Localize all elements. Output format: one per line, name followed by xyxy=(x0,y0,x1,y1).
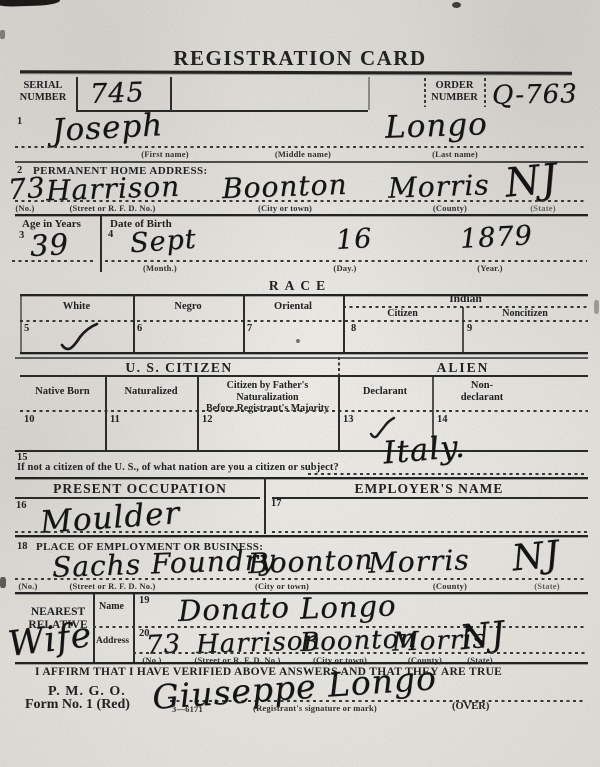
city-label: (City or town) xyxy=(245,203,325,213)
first-name-label: (First name) xyxy=(115,149,215,159)
age-value: 39 xyxy=(29,227,70,263)
signature-label: (Registrant's signature or mark) xyxy=(240,703,390,713)
serial-number-value: 745 xyxy=(89,77,145,110)
divider xyxy=(338,375,340,450)
employers-name-heading: EMPLOYER'S NAME xyxy=(270,481,588,497)
middle-name-label: (Middle name) xyxy=(248,149,358,159)
scan-artifact xyxy=(452,2,461,8)
non-declarant-label: Non- declarant xyxy=(432,380,532,404)
order-number-value: Q-763 xyxy=(492,79,578,110)
divider xyxy=(15,357,588,359)
divider xyxy=(12,260,95,262)
employment-county-label: (County) xyxy=(415,581,485,591)
divider xyxy=(368,77,370,110)
race-indian-label: Indian xyxy=(343,293,588,305)
day-label: (Day.) xyxy=(315,263,375,273)
dob-year: 1879 xyxy=(459,220,533,255)
divider xyxy=(105,260,587,262)
divider xyxy=(197,375,199,450)
scan-artifact xyxy=(0,0,60,7)
race-white-number: 5 xyxy=(24,323,29,334)
card-title: REGISTRATION CARD xyxy=(0,46,600,71)
race-indian-noncitizen-label: Noncitizen xyxy=(462,308,588,319)
employer-number: 17 xyxy=(271,498,282,509)
divider xyxy=(272,531,588,533)
divider xyxy=(15,662,588,664)
nation-answer-handwritten: Italy. xyxy=(382,428,467,471)
scan-artifact xyxy=(296,339,300,343)
relative-name-last-handwritten: Longo xyxy=(299,588,397,625)
race-white-label: White xyxy=(20,301,133,312)
race-indian-citizen-label: Citizen xyxy=(343,308,462,319)
divider xyxy=(20,70,572,74)
employment-no-label: (No.) xyxy=(8,581,48,591)
divider xyxy=(15,578,587,580)
relative-relation-handwritten: Wife xyxy=(6,615,94,665)
home-address-state: NJ xyxy=(503,155,561,206)
first-name-handwritten: Joseph xyxy=(51,107,164,149)
occupation-value-handwritten: Moulder xyxy=(39,495,181,541)
county-label: (County) xyxy=(415,203,485,213)
divider xyxy=(15,535,588,537)
naturalized-number: 11 xyxy=(110,414,120,425)
divider xyxy=(15,450,588,452)
divider xyxy=(100,216,102,272)
state-label: (State) xyxy=(518,203,568,213)
naturalized-label: Naturalized xyxy=(105,386,197,397)
divider xyxy=(462,307,464,354)
divider xyxy=(308,473,586,475)
relative-name-number: 19 xyxy=(139,595,150,606)
father-naturalization-number: 12 xyxy=(202,414,213,425)
native-born-number: 10 xyxy=(24,414,35,425)
white-race-checkmark-icon xyxy=(55,320,107,354)
dob-day: 16 xyxy=(335,223,373,256)
employment-state-handwritten: NJ xyxy=(510,534,562,580)
scan-artifact xyxy=(0,577,6,588)
present-occupation-heading: PRESENT OCCUPATION xyxy=(15,481,265,497)
dob-number: 4 xyxy=(108,229,113,240)
divider xyxy=(76,77,78,110)
line1-number: 1 xyxy=(17,116,22,127)
relative-name-label: Name xyxy=(99,601,124,612)
divider xyxy=(15,477,588,479)
employment-county-handwritten: Morris xyxy=(367,543,470,580)
divider xyxy=(105,375,107,450)
form-number-text: Form No. 1 (Red) xyxy=(25,697,130,713)
divider xyxy=(15,146,587,148)
divider xyxy=(243,294,245,354)
declarant-label: Declarant xyxy=(338,386,432,397)
race-heading: RACE xyxy=(0,278,600,294)
divider xyxy=(264,477,266,534)
race-oriental-label: Oriental xyxy=(243,301,343,312)
divider xyxy=(15,200,587,202)
non-declarant-number: 14 xyxy=(437,414,448,425)
native-born-label: Native Born xyxy=(20,386,105,397)
divider xyxy=(15,531,260,533)
street-label: (Street or R. F. D. No.) xyxy=(55,203,170,213)
employment-city-handwritten: Boonton xyxy=(247,543,374,580)
divider xyxy=(20,352,588,354)
year-label: (Year.) xyxy=(460,263,520,273)
race-oriental-number: 7 xyxy=(247,323,252,334)
employment-state-label: (State) xyxy=(522,581,572,591)
relative-address-label: Address xyxy=(96,636,129,646)
dob-month: Sept xyxy=(129,224,198,260)
race-indian-noncitizen-number: 9 xyxy=(467,323,472,334)
declarant-number: 13 xyxy=(343,414,354,425)
line18-number: 18 xyxy=(17,541,28,552)
occupation-number: 16 xyxy=(16,500,27,511)
divider xyxy=(20,294,22,354)
divider xyxy=(133,294,135,354)
divider xyxy=(338,357,340,375)
employment-street-label: (Street or R. F. D. No.) xyxy=(55,581,170,591)
last-name-label: (Last name) xyxy=(405,149,505,159)
divider xyxy=(272,497,588,499)
divider xyxy=(170,77,172,110)
race-negro-label: Negro xyxy=(133,301,243,312)
serial-number-label: SERIAL NUMBER xyxy=(14,80,72,103)
order-number-label: ORDER NUMBER xyxy=(426,80,483,103)
over-label: (OVER) xyxy=(452,701,489,712)
alien-heading: ALIEN xyxy=(338,360,588,376)
race-indian-citizen-number: 8 xyxy=(351,323,356,334)
registration-card-scan: REGISTRATION CARD SERIAL NUMBER 745 ORDE… xyxy=(0,0,600,767)
scan-artifact xyxy=(0,30,5,39)
divider xyxy=(93,594,95,662)
nation-question: If not a citizen of the U. S., of what n… xyxy=(17,462,339,473)
divider xyxy=(484,78,486,107)
no-label: (No.) xyxy=(5,203,45,213)
scan-artifact xyxy=(594,300,599,314)
race-negro-number: 6 xyxy=(137,323,142,334)
age-number: 3 xyxy=(19,230,24,241)
last-name-handwritten: Longo xyxy=(384,106,488,146)
month-label: (Month.) xyxy=(125,263,195,273)
divider xyxy=(343,294,345,354)
us-citizen-heading: U. S. CITIZEN xyxy=(20,360,338,376)
relative-name-first-handwritten: Donato xyxy=(177,590,290,628)
divider xyxy=(133,652,587,654)
